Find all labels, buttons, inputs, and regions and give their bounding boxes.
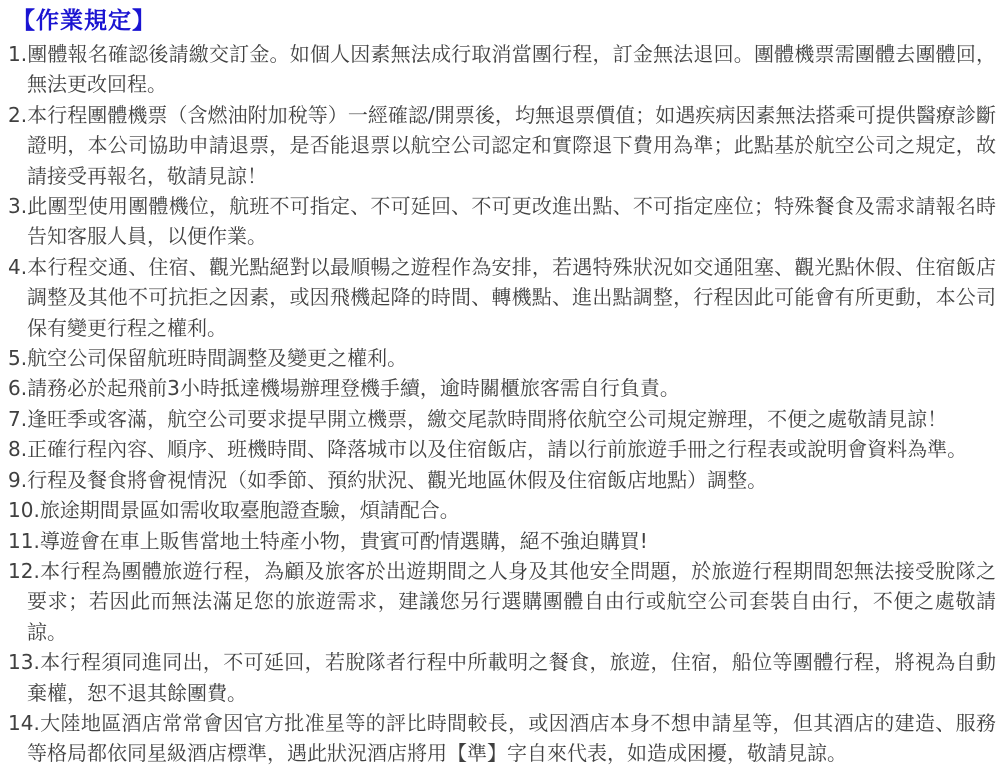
item-number: 4. [8, 255, 27, 279]
item-number: 14. [8, 711, 40, 735]
regulation-item: 5.航空公司保留航班時間調整及變更之權利。 [8, 343, 996, 373]
item-text: 旅途期間景區如需收取臺胞證查驗，煩請配合。 [40, 498, 460, 522]
regulation-item: 9.行程及餐食將會視情況（如季節、預約狀況、觀光地區休假及住宿飯店地點）調整。 [8, 465, 996, 495]
regulation-item: 6.請務必於起飛前3小時抵達機場辦理登機手續，逾時關櫃旅客需自行負責。 [8, 373, 996, 403]
item-number: 13. [8, 650, 40, 674]
item-number: 12. [8, 559, 40, 583]
regulations-page: 【作業規定】 1.團體報名確認後請繳交訂金。如個人因素無法成行取消當團行程，訂金… [0, 0, 1000, 769]
item-text: 大陸地區酒店常常會因官方批准星等的評比時間較長，或因酒店本身不想申請星等，但其酒… [27, 711, 996, 765]
item-number: 11. [8, 529, 40, 553]
regulation-item: 10.旅途期間景區如需收取臺胞證查驗，煩請配合。 [8, 495, 996, 525]
item-text: 導遊會在車上販售當地土特產小物，貴賓可酌情選購，絕不強迫購買! [40, 529, 648, 553]
regulation-item: 4.本行程交通、住宿、觀光點絕對以最順暢之遊程作為安排，若遇特殊狀況如交通阻塞、… [8, 252, 996, 343]
regulation-item: 7.逢旺季或客滿，航空公司要求提早開立機票，繳交尾款時間將依航空公司規定辦理，不… [8, 404, 996, 434]
item-text: 行程及餐食將會視情況（如季節、預約狀況、觀光地區休假及住宿飯店地點）調整。 [27, 468, 767, 492]
regulations-list: 1.團體報名確認後請繳交訂金。如個人因素無法成行取消當團行程，訂金無法退回。團體… [8, 39, 996, 769]
item-text: 請務必於起飛前3小時抵達機場辦理登機手續，逾時關櫃旅客需自行負責。 [27, 376, 680, 400]
item-text: 團體報名確認後請繳交訂金。如個人因素無法成行取消當團行程，訂金無法退回。團體機票… [27, 42, 996, 96]
regulation-item: 1.團體報名確認後請繳交訂金。如個人因素無法成行取消當團行程，訂金無法退回。團體… [8, 39, 996, 100]
item-text: 逢旺季或客滿，航空公司要求提早開立機票，繳交尾款時間將依航空公司規定辦理，不便之… [27, 407, 947, 431]
regulation-item: 14.大陸地區酒店常常會因官方批准星等的評比時間較長，或因酒店本身不想申請星等，… [8, 708, 996, 769]
regulation-item: 8.正確行程內容、順序、班機時間、降落城市以及住宿飯店，請以行前旅遊手冊之行程表… [8, 434, 996, 464]
item-number: 10. [8, 498, 40, 522]
item-number: 6. [8, 376, 27, 400]
item-text: 本行程交通、住宿、觀光點絕對以最順暢之遊程作為安排，若遇特殊狀況如交通阻塞、觀光… [27, 255, 996, 340]
regulation-item: 11.導遊會在車上販售當地土特產小物，貴賓可酌情選購，絕不強迫購買! [8, 526, 996, 556]
item-number: 9. [8, 468, 27, 492]
item-text: 本行程為團體旅遊行程，為顧及旅客於出遊期間之人身及其他安全問題，於旅遊行程期間恕… [27, 559, 996, 644]
page-title: 【作業規定】 [12, 7, 996, 35]
item-number: 3. [8, 194, 27, 218]
item-text: 本行程團體機票（含燃油附加稅等）一經確認/開票後，均無退票價值；如遇疾病因素無法… [27, 103, 996, 188]
item-text: 本行程須同進同出，不可延回，若脫隊者行程中所載明之餐食，旅遊，住宿，船位等團體行… [27, 650, 996, 704]
item-number: 2. [8, 103, 27, 127]
item-text: 正確行程內容、順序、班機時間、降落城市以及住宿飯店，請以行前旅遊手冊之行程表或說… [27, 437, 967, 461]
item-number: 7. [8, 407, 27, 431]
regulation-item: 2.本行程團體機票（含燃油附加稅等）一經確認/開票後，均無退票價值；如遇疾病因素… [8, 100, 996, 191]
item-number: 5. [8, 346, 27, 370]
regulation-item: 12.本行程為團體旅遊行程，為顧及旅客於出遊期間之人身及其他安全問題，於旅遊行程… [8, 556, 996, 647]
item-number: 1. [8, 42, 27, 66]
regulation-item: 3.此團型使用團體機位，航班不可指定、不可延回、不可更改進出點、不可指定座位；特… [8, 191, 996, 252]
item-number: 8. [8, 437, 27, 461]
item-text: 航空公司保留航班時間調整及變更之權利。 [27, 346, 407, 370]
regulation-item: 13.本行程須同進同出，不可延回，若脫隊者行程中所載明之餐食，旅遊，住宿，船位等… [8, 647, 996, 708]
item-text: 此團型使用團體機位，航班不可指定、不可延回、不可更改進出點、不可指定座位；特殊餐… [27, 194, 996, 248]
